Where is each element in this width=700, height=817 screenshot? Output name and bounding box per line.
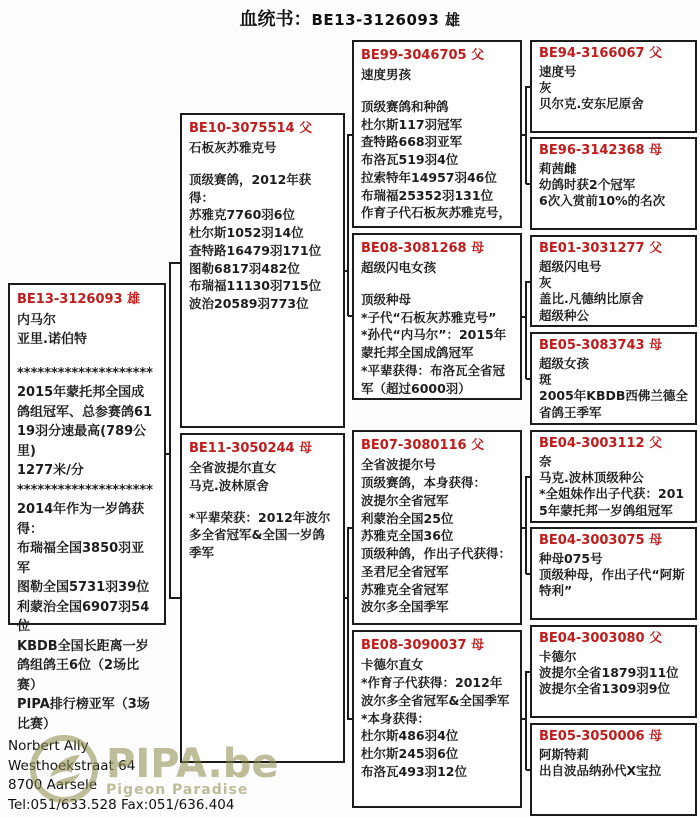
- text-line: 全省波提尔号: [361, 456, 513, 474]
- text-line: 亚里.诺伯特: [17, 330, 157, 350]
- connector-line: [526, 671, 530, 673]
- text-line: *本身获得：: [361, 710, 513, 728]
- text-line: 马克.波林原舍: [189, 477, 336, 495]
- pedigree-text: 全省波提尔号顶级赛鸽，本身获得：波提尔全省冠军利蒙治全国25位苏雅克全国36位顶…: [361, 456, 513, 616]
- text-line: [17, 350, 157, 364]
- pedigree-box-mff: BE04-3003112 父 奈马克.波林顶级种公*全姐妹作出子代获：2015年…: [530, 430, 697, 523]
- text-line: 布瑞福25352羽131位: [361, 187, 513, 205]
- ring-number: BE05-3050006 母: [539, 729, 688, 746]
- ring-number: BE96-3142368 母: [539, 143, 688, 160]
- text-line: 布洛瓦519羽4位: [361, 151, 513, 169]
- connector-line: [525, 281, 527, 379]
- connector-line: [348, 315, 352, 317]
- text-line: 顶级种鸽，作出子代获得：: [361, 545, 513, 563]
- connector-line: [521, 316, 527, 318]
- connector-line: [169, 597, 180, 599]
- text-line: 超级闪电号: [539, 259, 688, 275]
- pedigree-box-fmf: BE01-3031277 父 超级闪电号灰盖比.凡德纳比原舍超级种公: [530, 235, 697, 327]
- text-line: 出自波品纳孙代X宝拉: [539, 763, 688, 779]
- connector-line: [347, 527, 349, 720]
- connector-line: [521, 718, 527, 720]
- text-line: [189, 495, 336, 509]
- text-line: 波尔多全国季军: [361, 598, 513, 616]
- pedigree-box-mmf: BE04-3003080 父 卡德尔波提尔全省1879羽11位波提尔全省1309…: [530, 625, 697, 718]
- text-line: 2014年作为一岁鸽获得：: [17, 500, 157, 539]
- pedigree-text: 内马尔亚里.诺伯特********************2015年蒙托邦全国成…: [17, 311, 157, 735]
- ring-number: BE08-3090037 母: [361, 637, 513, 655]
- text-line: *作育子代获得：2012年波尔多全省冠军&全国季军: [361, 674, 513, 710]
- text-line: 图勒全国5731羽39位: [17, 578, 157, 598]
- ring-number: BE13-3126093 雄: [17, 290, 157, 310]
- pedigree-text: 全省波提尔直女马克.波林原舍*平辈荣获：2012年波尔多全省冠军&全国一岁鸽季军: [189, 459, 336, 562]
- title-label: 血统书：: [239, 9, 311, 30]
- text-line: 种母075号: [539, 551, 688, 567]
- text-line: 斑: [539, 372, 688, 388]
- connector-line: [526, 769, 530, 771]
- text-line: Tel:051/633.528 Fax:051/636.404: [8, 796, 268, 816]
- text-line: 马克.波林顶级种公: [539, 470, 688, 486]
- connector-line: [526, 183, 530, 185]
- text-line: ********************: [17, 481, 157, 501]
- text-line: [361, 277, 513, 291]
- text-line: 波提尔全省冠军: [361, 492, 513, 510]
- text-line: 速度号: [539, 64, 688, 80]
- pedigree-text: 卡德尔直女*作育子代获得：2012年波尔多全省冠军&全国季军*本身获得：杜尔斯4…: [361, 656, 513, 780]
- text-line: 杜尔斯1052羽14位: [189, 224, 336, 242]
- ring-number: BE04-3003075 母: [539, 533, 688, 550]
- pedigree-box-subject: BE13-3126093 雄 内马尔亚里.诺伯特****************…: [8, 283, 166, 625]
- text-line: 杜尔斯245羽6位: [361, 745, 513, 763]
- text-line: 波提尔全省1309羽9位: [539, 681, 688, 697]
- connector-line: [344, 270, 349, 272]
- ring-number: BE04-3003080 父: [539, 631, 688, 648]
- pedigree-box-sire-dam: BE08-3081268 母 超级闪电女孩顶级种母*子代“石板灰苏雅克号”*孙代…: [352, 233, 522, 400]
- text-line: *孙代“内马尔”：2015年蒙托邦全国成鸽冠军: [361, 326, 513, 362]
- ring-number: BE01-3031277 父: [539, 241, 688, 258]
- text-line: 顶级赛鸽，2012年获得：: [189, 171, 336, 207]
- text-line: *平辈获得：布洛瓦全省冠军（超过6000羽）: [361, 362, 513, 398]
- text-line: 莉茜雌: [539, 161, 688, 177]
- breeder-address: Norbert AllyWesthoekstraat 648700 Aarsel…: [8, 737, 268, 815]
- text-line: 苏雅克全国36位: [361, 527, 513, 545]
- pedigree-box-mfm: BE04-3003075 母 种母075号顶级种母，作出子代“阿斯特利”: [530, 527, 697, 620]
- text-line: 作育子代石板灰苏雅克号，: [361, 204, 513, 222]
- connector-line: [348, 527, 352, 529]
- text-line: Norbert Ally: [8, 737, 268, 757]
- text-line: *平辈荣获：2012年波尔多全省冠军&全国一岁鸽季军: [189, 509, 336, 562]
- text-line: 幼鸽时获2个冠军: [539, 177, 688, 193]
- text-line: [361, 84, 513, 98]
- pedigree-text: 奈马克.波林顶级种公*全姐妹作出子代获：2015年蒙托邦一岁鸽组冠军: [539, 454, 688, 519]
- text-line: 波提尔全省1879羽11位: [539, 665, 688, 681]
- text-line: *子代“石板灰苏雅克号”: [361, 309, 513, 327]
- text-line: 布瑞福11130羽715位: [189, 277, 336, 295]
- connector-line: [169, 262, 171, 599]
- text-line: 超级闪电女孩: [361, 259, 513, 277]
- text-line: 查特路16479羽171位: [189, 242, 336, 260]
- text-line: KBDB全国长距离一岁鸽组鸽王6位（2场比赛）: [17, 637, 157, 696]
- connector-line: [348, 134, 352, 136]
- pedigree-text: 速度男孩顶级赛鸽和种鸽杜尔斯117羽冠军查特路668羽亚军布洛瓦519羽4位拉索…: [361, 66, 513, 222]
- text-line: 波治20589羽773位: [189, 295, 336, 313]
- text-line: 奈: [539, 454, 688, 470]
- text-line: 阿斯特莉: [539, 747, 688, 763]
- text-line: 杜尔斯117羽冠军: [361, 116, 513, 134]
- pedigree-box-dam-sire: BE07-3080116 父 全省波提尔号顶级赛鸽，本身获得：波提尔全省冠军利蒙…: [352, 430, 522, 625]
- text-line: 8700 Aarsele: [8, 776, 268, 796]
- text-line: 顶级赛鸽和种鸽: [361, 98, 513, 116]
- pedigree-box-mmm: BE05-3050006 母 阿斯特莉出自波品纳孙代X宝拉: [530, 723, 697, 816]
- pedigree-box-ffm: BE96-3142368 母 莉茜雌幼鸽时获2个冠军6次入赏前10%的名次: [530, 137, 697, 230]
- connector-line: [525, 671, 527, 770]
- page-title: 血统书：BE13-3126093 雄: [0, 5, 700, 31]
- text-line: 顶级赛鸽，本身获得：: [361, 474, 513, 492]
- connector-line: [526, 86, 530, 88]
- text-line: 图勒6817羽482位: [189, 260, 336, 278]
- pedigree-text: 超级女孩斑2005年KBDB西佛兰德全省鸽王季军: [539, 356, 688, 421]
- ring-number: BE05-3083743 母: [539, 338, 688, 355]
- pedigree-box-sire-sire: BE99-3046705 父 速度男孩顶级赛鸽和种鸽杜尔斯117羽冠军查特路66…: [352, 40, 522, 228]
- text-line: 全省波提尔直女: [189, 459, 336, 477]
- ring-number: BE10-3075514 父: [189, 120, 336, 138]
- pedigree-text: 速度号灰贝尔克.安东尼原舍: [539, 64, 688, 113]
- text-line: 利蒙治全国25位: [361, 510, 513, 528]
- connector-line: [526, 573, 530, 575]
- pedigree-text: 石板灰苏雅克号顶级赛鸽，2012年获得：苏雅克7760羽6位杜尔斯1052羽14…: [189, 139, 336, 313]
- connector-line: [526, 476, 530, 478]
- text-line: 圣君尼全省冠军: [361, 563, 513, 581]
- ring-number: BE99-3046705 父: [361, 47, 513, 65]
- text-line: 6次入赏前10%的名次: [539, 193, 688, 209]
- text-line: 苏雅克全省冠军: [361, 581, 513, 599]
- text-line: 顶级种母: [361, 291, 513, 309]
- text-line: 布洛瓦493羽12位: [361, 763, 513, 781]
- text-line: 杜尔斯486羽4位: [361, 727, 513, 745]
- text-line: 查特路668羽亚军: [361, 133, 513, 151]
- text-line: 1277米/分: [17, 461, 157, 481]
- connector-line: [521, 527, 527, 529]
- pedigree-box-fmm: BE05-3083743 母 超级女孩斑2005年KBDB西佛兰德全省鸽王季军: [530, 332, 697, 425]
- connector-line: [169, 262, 180, 264]
- text-line: 苏雅克7760羽6位: [189, 206, 336, 224]
- text-line: 超级种公: [539, 308, 688, 324]
- connector-line: [526, 281, 530, 283]
- text-line: 2005年KBDB西佛兰德全省鸽王季军: [539, 388, 688, 421]
- text-line: ********************: [17, 364, 157, 384]
- pedigree-box-fff: BE94-3166067 父 速度号灰贝尔克.安东尼原舍: [530, 40, 697, 133]
- connector-line: [521, 134, 527, 136]
- pedigree-box-dam: BE11-3050244 母 全省波提尔直女马克.波林原舍*平辈荣获：2012年…: [180, 433, 345, 763]
- text-line: 内马尔: [17, 311, 157, 331]
- connector-line: [348, 718, 352, 720]
- text-line: 卡德尔直女: [361, 656, 513, 674]
- text-line: 灰: [539, 275, 688, 291]
- connector-line: [526, 378, 530, 380]
- text-line: 布瑞福全国3850羽亚军: [17, 539, 157, 578]
- connector-line: [347, 134, 349, 316]
- text-line: 石板灰苏雅克号: [189, 139, 336, 157]
- ring-number: BE11-3050244 母: [189, 440, 336, 458]
- pedigree-box-dam-dam: BE08-3090037 母 卡德尔直女*作育子代获得：2012年波尔多全省冠军…: [352, 630, 522, 808]
- title-ring-number: BE13-3126093 雄: [311, 11, 460, 29]
- text-line: 贝尔克.安东尼原舍: [539, 96, 688, 112]
- text-line: 2015年蒙托邦全国成鸽组冠军、总参赛鸽6119羽分速最高(789公里): [17, 383, 157, 461]
- text-line: 超级女孩: [539, 356, 688, 372]
- pedigree-text: 种母075号顶级种母，作出子代“阿斯特利”: [539, 551, 688, 600]
- ring-number: BE04-3003112 父: [539, 436, 688, 453]
- text-line: 卡德尔: [539, 649, 688, 665]
- text-line: 灰: [539, 80, 688, 96]
- text-line: 盖比.凡德纳比原舍: [539, 291, 688, 307]
- ring-number: BE08-3081268 母: [361, 240, 513, 258]
- pedigree-text: 莉茜雌幼鸽时获2个冠军6次入赏前10%的名次: [539, 161, 688, 210]
- text-line: 利蒙治全国6907羽54位: [17, 598, 157, 637]
- text-line: Westhoekstraat 64: [8, 757, 268, 777]
- connector-line: [344, 597, 349, 599]
- text-line: *全姐妹作出子代获：2015年蒙托邦一岁鸽组冠军: [539, 486, 688, 519]
- text-line: [189, 157, 336, 171]
- text-line: PIPA排行榜亚军（3场比赛）: [17, 695, 157, 734]
- ring-number: BE07-3080116 父: [361, 437, 513, 455]
- pedigree-text: 超级闪电女孩顶级种母*子代“石板灰苏雅克号”*孙代“内马尔”：2015年蒙托邦全…: [361, 259, 513, 397]
- pedigree-box-sire: BE10-3075514 父 石板灰苏雅克号顶级赛鸽，2012年获得：苏雅克77…: [180, 113, 345, 428]
- text-line: 速度男孩: [361, 66, 513, 84]
- pedigree-certificate: 血统书：BE13-3126093 雄 BE13-3126093 雄 内马尔亚里.…: [0, 0, 700, 817]
- pedigree-text: 超级闪电号灰盖比.凡德纳比原舍超级种公: [539, 259, 688, 324]
- text-line: 顶级种母，作出子代“阿斯特利”: [539, 567, 688, 600]
- pedigree-text: 阿斯特莉出自波品纳孙代X宝拉: [539, 747, 688, 780]
- text-line: 拉索特年14957羽46位: [361, 169, 513, 187]
- connector-line: [165, 453, 171, 455]
- connector-line: [525, 476, 527, 574]
- ring-number: BE94-3166067 父: [539, 46, 688, 63]
- pedigree-text: 卡德尔波提尔全省1879羽11位波提尔全省1309羽9位: [539, 649, 688, 698]
